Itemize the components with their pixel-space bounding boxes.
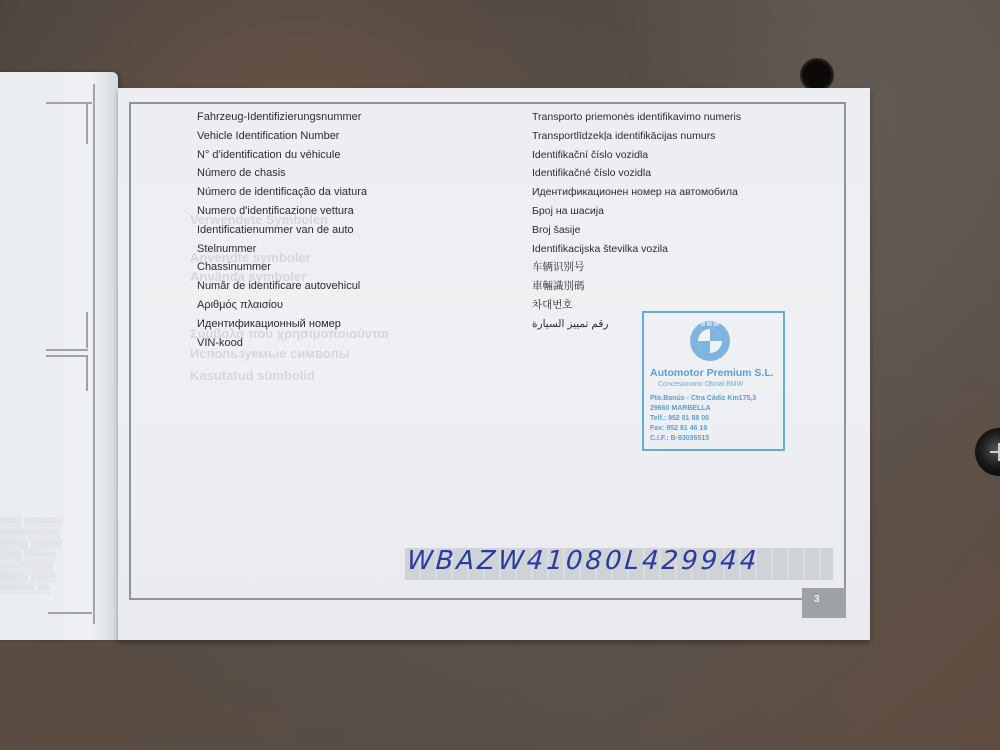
vin-label-italian: Numero d'identificazione vettura	[197, 202, 367, 221]
page-number-tab: 3	[802, 588, 846, 618]
vin-field: WBAZW41080L429944	[405, 548, 833, 580]
frame-notch	[86, 312, 88, 348]
vin-label-slovenian: Identifikacijska številka vozila	[532, 240, 741, 259]
vin-label-danish: Stelnummer	[197, 240, 367, 259]
logo-letters: B M W	[690, 321, 730, 329]
dealer-city: 29660 MARBELLA	[650, 405, 711, 412]
frame-notch	[46, 349, 88, 351]
vin-label-romanian: Număr de identificare autovehicul	[197, 277, 367, 296]
vin-label-english: Vehicle Identification Number	[197, 127, 367, 146]
vin-label-russian: Идентификационный номер	[197, 315, 367, 334]
vin-label-portuguese: Número de identificação da viatura	[197, 183, 367, 202]
vin-label-czech: Identifikační číslo vozidla	[532, 146, 741, 165]
vin-label-list-right: Transporto priemonės identifikavimo nume…	[532, 108, 741, 334]
frame-corner	[86, 104, 88, 144]
vin-label-spanish: Número de chasis	[197, 164, 367, 183]
dealer-cif: C.I.F.: B-93036515	[650, 435, 709, 442]
vin-label-latvian: Transportlīdzekļa identifikācijas numurs	[532, 127, 741, 146]
dealer-subtitle: Concesionario Oficial BMW	[658, 381, 743, 388]
vin-label-chinese-simplified: 车辆识别号	[532, 258, 741, 277]
dealer-address: Pto.Banús - Ctra Cádiz Km175,3	[650, 395, 756, 402]
frame-corner	[48, 612, 92, 614]
vin-label-list-left: Fahrzeug-Identifizierungsnummer Vehicle …	[197, 108, 367, 352]
frame-notch	[46, 355, 88, 357]
vin-label-croatian: Broj šasije	[532, 221, 741, 240]
dealer-stamp: B M W Automotor Premium S.L. Concesionar…	[642, 311, 785, 451]
vin-label-lithuanian: Transporto priemonės identifikavimo nume…	[532, 108, 741, 127]
page-number: 3	[814, 594, 820, 605]
frame-notch	[86, 357, 88, 391]
handwritten-vin: WBAZW41080L429944	[406, 546, 760, 576]
dealer-fax: Fax: 952 81 46 16	[650, 425, 707, 432]
dealer-phone: Telf.: 952 81 88 00	[650, 415, 709, 422]
dealer-name: Automotor Premium S.L.	[650, 367, 774, 379]
vin-label-bulgarian: Идентификационен номер на автомобила	[532, 183, 741, 202]
surface-hole	[800, 58, 834, 92]
left-page: ▒▒▒▒ ▒▒▒▒▒▒▒▒▒▒▒▒▒▒▒▒▒▒▒▒▒ ▒▒▒▒▒▒▒▒▒ ▒▒▒…	[0, 72, 118, 640]
page-frame-line	[93, 84, 95, 624]
right-page: Verwendete Symbolen Anvendte symboler An…	[118, 88, 870, 640]
vin-label-french: N° d'identification du véhicule	[197, 146, 367, 165]
bmw-logo-icon: B M W	[690, 321, 730, 361]
bleed-through-text: Kasutatud sümbolid	[190, 368, 315, 383]
vin-label-german: Fahrzeug-Identifizierungsnummer	[197, 108, 367, 127]
vin-label-macedonian: Број на шасија	[532, 202, 741, 221]
vin-label-chinese-traditional: 車輛識別碼	[532, 277, 741, 296]
vin-label-swedish: Chassinummer	[197, 258, 367, 277]
vin-label-greek: Αριθμός πλαισίου	[197, 296, 367, 315]
vin-label-slovak: Identifikačné číslo vozidla	[532, 164, 741, 183]
vin-label-estonian: VIN-kood	[197, 334, 367, 353]
vin-label-dutch: Identificatienummer van de auto	[197, 221, 367, 240]
bleed-through-text: ▒▒▒▒ ▒▒▒▒▒▒▒▒▒▒▒▒▒▒▒▒▒▒▒▒▒ ▒▒▒▒▒▒▒▒▒ ▒▒▒…	[0, 517, 88, 607]
